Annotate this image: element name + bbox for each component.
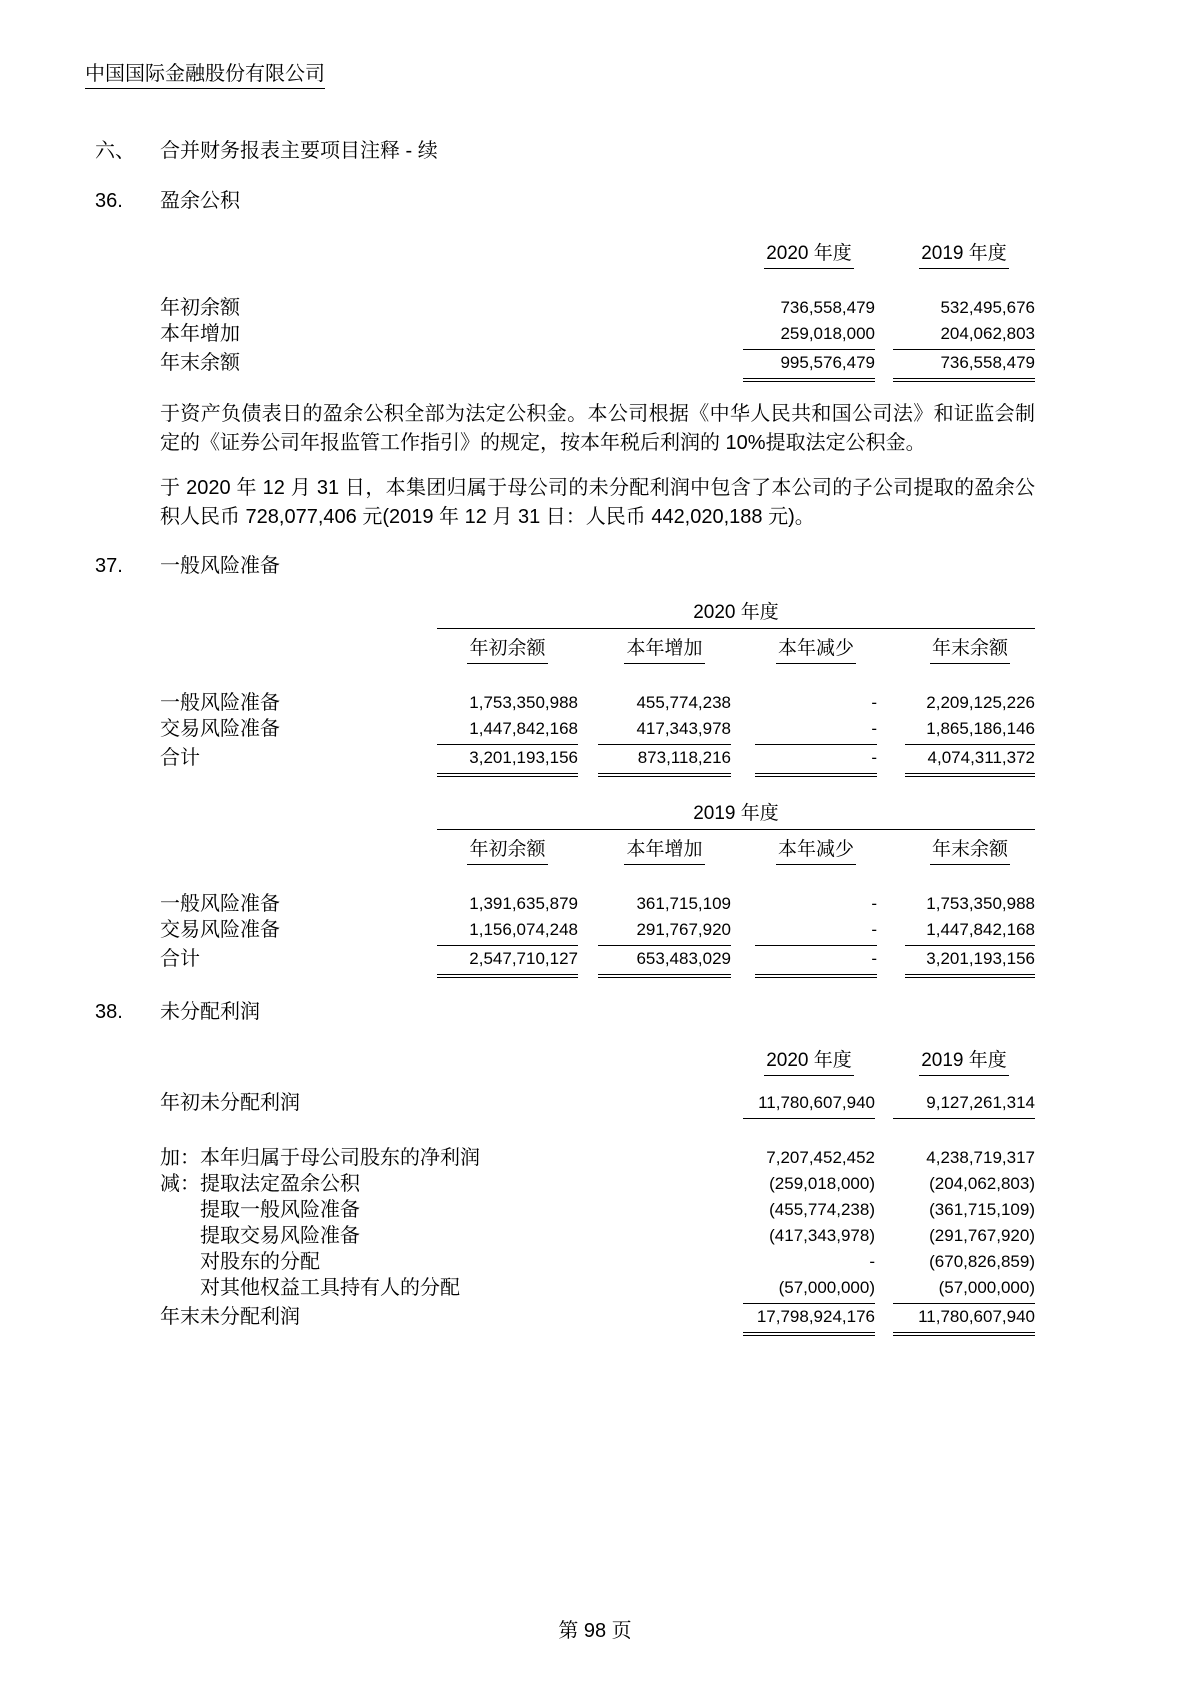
- cell-2020: (57,000,000): [743, 1275, 875, 1304]
- year-banner-2020: 2020 年度: [437, 602, 1035, 629]
- note36-heading: 36. 盈余公积: [95, 187, 1190, 215]
- cell-additions: 653,483,029: [598, 946, 731, 978]
- cell-closing: 1,753,350,988: [905, 891, 1035, 917]
- section-heading: 六、 合并财务报表主要项目注释 - 续: [95, 137, 1190, 165]
- cell-2020: (455,774,238): [743, 1197, 875, 1223]
- table-row: 对其他权益工具持有人的分配 (57,000,000) (57,000,000): [160, 1275, 1035, 1304]
- cell-reductions: -: [755, 917, 877, 946]
- row-label: 合计: [160, 745, 437, 777]
- note38-number: 38.: [95, 998, 160, 1026]
- page-number: 第 98 页: [0, 1614, 1190, 1643]
- column-header-reductions: 本年减少: [755, 636, 877, 664]
- cell-opening: 1,391,635,879: [437, 891, 578, 917]
- cell-closing: 4,074,311,372: [905, 745, 1035, 777]
- row-label: 一般风险准备: [160, 891, 437, 917]
- column-header-2019: 2019 年度: [893, 241, 1035, 269]
- row-label: 对其他权益工具持有人的分配: [200, 1277, 460, 1299]
- cell-2019: (204,062,803): [893, 1171, 1035, 1197]
- cell-2020: 259,018,000: [743, 321, 875, 350]
- cell-opening: 1,753,350,988: [437, 690, 578, 716]
- note38-title: 未分配利润: [160, 998, 260, 1026]
- retained-earnings-table: 2020 年度 2019 年度 年初未分配利润 11,780,607,940 9…: [160, 1048, 1035, 1336]
- row-label: 年末余额: [160, 350, 743, 382]
- cell-closing: 2,209,125,226: [905, 690, 1035, 716]
- table-row: 交易风险准备 1,447,842,168 417,343,978 - 1,865…: [160, 716, 1035, 745]
- table-row: 本年增加 259,018,000 204,062,803: [160, 321, 1035, 350]
- surplus-reserve-table: 2020 年度 2019 年度 年初余额 736,558,479 532,495…: [160, 241, 1035, 382]
- row-label: 合计: [160, 946, 437, 978]
- note37-number: 37.: [95, 552, 160, 580]
- column-header-closing: 年末余额: [905, 837, 1035, 865]
- cell-2019: (361,715,109): [893, 1197, 1035, 1223]
- cell-2020: -: [743, 1249, 875, 1275]
- column-header-opening: 年初余额: [437, 636, 578, 664]
- cell-2019: 9,127,261,314: [893, 1090, 1035, 1119]
- document-page: 中国国际金融股份有限公司 六、 合并财务报表主要项目注释 - 续 36. 盈余公…: [0, 0, 1190, 1684]
- cell-reductions: -: [755, 946, 877, 978]
- cell-closing: 1,447,842,168: [905, 917, 1035, 946]
- general-risk-reserve-table-2020: 2020 年度 年初余额 本年增加 本年减少 年末余额 一般风险准备 1,753…: [160, 602, 1035, 777]
- column-header-reductions: 本年减少: [755, 837, 877, 865]
- row-label: 一般风险准备: [160, 690, 437, 716]
- column-header-2020: 2020 年度: [743, 1048, 875, 1076]
- cell-opening: 3,201,193,156: [437, 745, 578, 777]
- cell-2020: 11,780,607,940: [743, 1090, 875, 1119]
- surplus-reserve-table-header: 2020 年度 2019 年度: [160, 241, 1035, 269]
- general-risk-reserve-table-2019: 2019 年度 年初余额 本年增加 本年减少 年末余额 一般风险准备 1,391…: [160, 803, 1035, 978]
- table-row-total: 年末余额 995,576,479 736,558,479: [160, 350, 1035, 382]
- row-label: 年末未分配利润: [160, 1304, 743, 1336]
- year-banner-2019: 2019 年度: [437, 803, 1035, 830]
- cell-additions: 417,343,978: [598, 716, 731, 745]
- row-label: 提取交易风险准备: [200, 1225, 360, 1247]
- table-row-total: 年末未分配利润 17,798,924,176 11,780,607,940: [160, 1304, 1035, 1336]
- cell-additions: 291,767,920: [598, 917, 731, 946]
- cell-2019: 532,495,676: [893, 295, 1035, 321]
- table-row-total: 合计 3,201,193,156 873,118,216 - 4,074,311…: [160, 745, 1035, 777]
- cell-2020: 736,558,479: [743, 295, 875, 321]
- cell-2020: (417,343,978): [743, 1223, 875, 1249]
- cell-2019: (291,767,920): [893, 1223, 1035, 1249]
- column-header-opening: 年初余额: [437, 837, 578, 865]
- table-row: 提取一般风险准备 (455,774,238) (361,715,109): [160, 1197, 1035, 1223]
- table-row: 年初余额 736,558,479 532,495,676: [160, 295, 1035, 321]
- note37-title: 一般风险准备: [160, 552, 280, 580]
- row-label: 本年归属于母公司股东的净利润: [200, 1147, 480, 1169]
- row-label: 提取法定盈余公积: [200, 1173, 360, 1195]
- cell-2020: 17,798,924,176: [743, 1304, 875, 1336]
- cell-2020: 995,576,479: [743, 350, 875, 382]
- table-row-total: 合计 2,547,710,127 653,483,029 - 3,201,193…: [160, 946, 1035, 978]
- table-row: 对股东的分配 - (670,826,859): [160, 1249, 1035, 1275]
- cell-2019: 204,062,803: [893, 321, 1035, 350]
- company-name: 中国国际金融股份有限公司: [85, 62, 325, 89]
- cell-reductions: -: [755, 891, 877, 917]
- cell-reductions: -: [755, 745, 877, 777]
- row-label: 年初未分配利润: [160, 1090, 743, 1119]
- cell-additions: 455,774,238: [598, 690, 731, 716]
- row-label: 本年增加: [160, 321, 743, 350]
- cell-reductions: -: [755, 716, 877, 745]
- note38-heading: 38. 未分配利润: [95, 998, 1190, 1026]
- cell-opening: 2,547,710,127: [437, 946, 578, 978]
- cell-closing: 3,201,193,156: [905, 946, 1035, 978]
- column-header-closing: 年末余额: [905, 636, 1035, 664]
- cell-2019: 11,780,607,940: [893, 1304, 1035, 1336]
- row-label: 年初余额: [160, 295, 743, 321]
- column-header-additions: 本年增加: [598, 636, 731, 664]
- table-row: 一般风险准备 1,391,635,879 361,715,109 - 1,753…: [160, 891, 1035, 917]
- cell-2020: (259,018,000): [743, 1171, 875, 1197]
- note36-title: 盈余公积: [160, 187, 240, 215]
- table-row: 加：本年归属于母公司股东的净利润 7,207,452,452 4,238,719…: [160, 1145, 1035, 1171]
- row-label: 提取一般风险准备: [200, 1199, 360, 1221]
- note36-number: 36.: [95, 187, 160, 215]
- cell-2019: 736,558,479: [893, 350, 1035, 382]
- cell-2020: 7,207,452,452: [743, 1145, 875, 1171]
- section-title: 合并财务报表主要项目注释 - 续: [160, 137, 438, 165]
- note36-paragraph-1: 于资产负债表日的盈余公积全部为法定公积金。本公司根据《中华人民共和国公司法》和证…: [160, 400, 1035, 458]
- cell-reductions: -: [755, 690, 877, 716]
- cell-2019: 4,238,719,317: [893, 1145, 1035, 1171]
- table-row: 一般风险准备 1,753,350,988 455,774,238 - 2,209…: [160, 690, 1035, 716]
- cell-closing: 1,865,186,146: [905, 716, 1035, 745]
- table-row: 年初未分配利润 11,780,607,940 9,127,261,314: [160, 1090, 1035, 1119]
- cell-2019: (57,000,000): [893, 1275, 1035, 1304]
- column-header-additions: 本年增加: [598, 837, 731, 865]
- cell-opening: 1,156,074,248: [437, 917, 578, 946]
- cell-opening: 1,447,842,168: [437, 716, 578, 745]
- table-row: 交易风险准备 1,156,074,248 291,767,920 - 1,447…: [160, 917, 1035, 946]
- cell-2019: (670,826,859): [893, 1249, 1035, 1275]
- column-header-2020: 2020 年度: [743, 241, 875, 269]
- row-prefix: 减：: [160, 1171, 200, 1197]
- retained-earnings-table-header: 2020 年度 2019 年度: [160, 1048, 1035, 1076]
- row-prefix: 加：: [160, 1145, 200, 1171]
- section-number: 六、: [95, 137, 160, 165]
- row-label: 对股东的分配: [200, 1251, 320, 1273]
- row-label: 交易风险准备: [160, 917, 437, 946]
- cell-additions: 361,715,109: [598, 891, 731, 917]
- table-row: 提取交易风险准备 (417,343,978) (291,767,920): [160, 1223, 1035, 1249]
- cell-additions: 873,118,216: [598, 745, 731, 777]
- table-row: 减：提取法定盈余公积 (259,018,000) (204,062,803): [160, 1171, 1035, 1197]
- column-header-2019: 2019 年度: [893, 1048, 1035, 1076]
- row-label: 交易风险准备: [160, 716, 437, 745]
- note37-heading: 37. 一般风险准备: [95, 552, 1190, 580]
- note36-paragraph-2: 于 2020 年 12 月 31 日，本集团归属于母公司的未分配利润中包含了本公…: [160, 474, 1035, 532]
